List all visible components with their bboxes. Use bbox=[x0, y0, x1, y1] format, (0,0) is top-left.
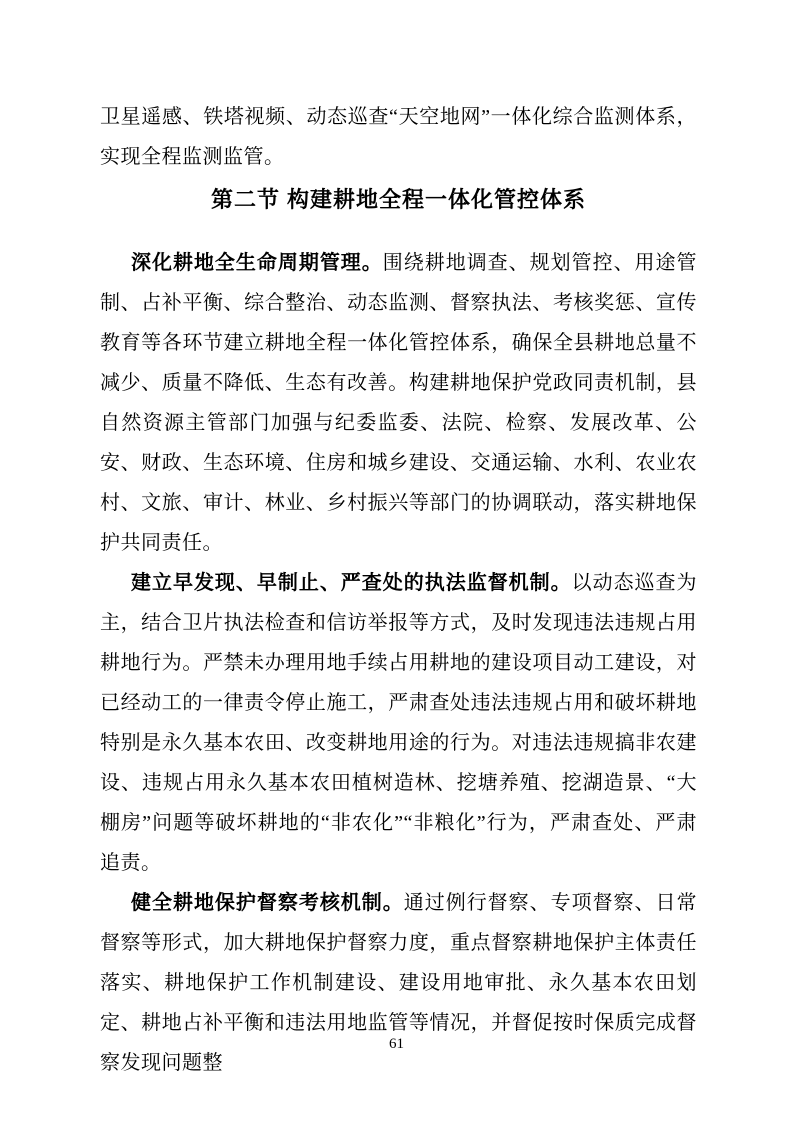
document-content: 卫星遥感、铁塔视频、动态巡查“天空地网”一体化综合监测体系，实现全程监测监管。 … bbox=[100, 97, 697, 1083]
paragraph-enforcement-mechanism: 建立早发现、早制止、严查处的执法监督机制。以动态巡查为主，结合卫片执法检查和信访… bbox=[100, 563, 697, 883]
paragraph-text: 以动态巡查为主，结合卫片执法检查和信访举报等方式，及时发现违法违规占用耕地行为。… bbox=[100, 572, 697, 874]
document-page: 卫星遥感、铁塔视频、动态巡查“天空地网”一体化综合监测体系，实现全程监测监管。 … bbox=[0, 0, 793, 1122]
paragraph-intro: 卫星遥感、铁塔视频、动态巡查“天空地网”一体化综合监测体系，实现全程监测监管。 bbox=[100, 97, 697, 177]
paragraph-lead: 健全耕地保护督察考核机制。 bbox=[131, 892, 404, 914]
section-heading: 第二节 构建耕地全程一体化管控体系 bbox=[100, 180, 697, 220]
page-number: 61 bbox=[0, 1033, 793, 1055]
paragraph-text: 围绕耕地调查、规划管控、用途管制、占补平衡、综合整治、动态监测、督察执法、考核奖… bbox=[100, 252, 697, 554]
paragraph-lead: 深化耕地全生命周期管理。 bbox=[131, 252, 383, 274]
paragraph-intro-text: 卫星遥感、铁塔视频、动态巡查“天空地网”一体化综合监测体系，实现全程监测监管。 bbox=[100, 106, 697, 168]
paragraph-lead: 建立早发现、早制止、严查处的执法监督机制。 bbox=[131, 572, 572, 594]
paragraph-lifecycle-management: 深化耕地全生命周期管理。围绕耕地调查、规划管控、用途管制、占补平衡、综合整治、动… bbox=[100, 243, 697, 563]
